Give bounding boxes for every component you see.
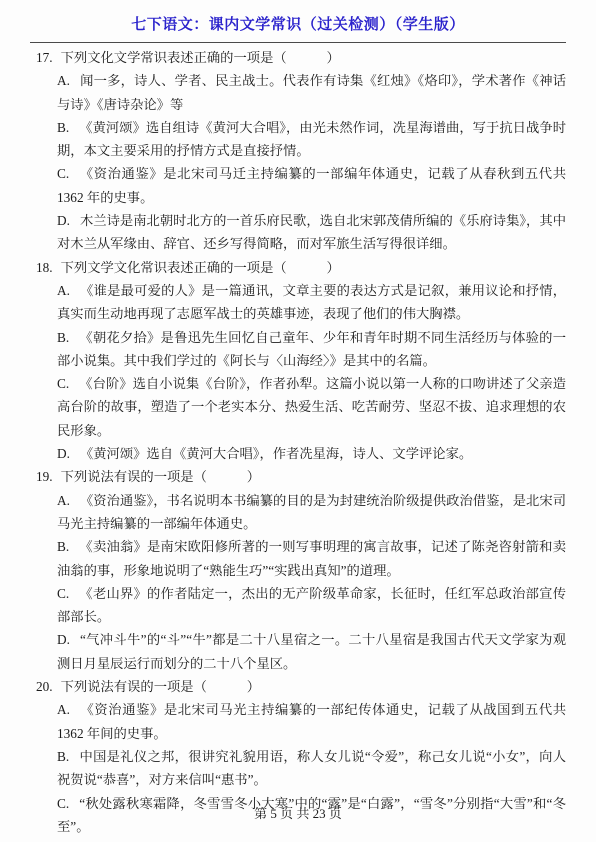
option-18-d: D.《黄河颂》选自《黄河大合唱》，作者冼星海，诗人、文学评论家。 xyxy=(57,442,566,465)
option-label: C. xyxy=(57,166,69,181)
option-17-c: C.《资治通鉴》是北宋司马迁主持编纂的一部编年体通史，记载了从春秋到五代共 13… xyxy=(57,162,566,209)
option-text: 闻一多，诗人、学者、民主战士。代表作有诗集《红烛》《烙印》，学术著作《神话与诗》… xyxy=(57,73,566,111)
option-19-c: C.《老山界》的作者陆定一，杰出的无产阶级革命家，长征时，任红军总政治部宣传部部… xyxy=(57,582,566,629)
page-title: 七下语文：课内文学常识（过关检测）（学生版） xyxy=(0,0,596,34)
option-text: 《朝花夕拾》是鲁迅先生回忆自己童年、少年和青年时期不同生活经历与体验的一部小说集… xyxy=(57,330,566,368)
question-stem-text: 下列文化文学常识表述正确的一项是（ ） xyxy=(61,50,340,65)
option-label: B. xyxy=(57,539,69,554)
document-page: 七下语文：课内文学常识（过关检测）（学生版） 17.下列文化文学常识表述正确的一… xyxy=(0,0,596,842)
question-stem: 17.下列文化文学常识表述正确的一项是（ ） xyxy=(36,46,566,69)
option-19-b: B.《卖油翁》是南宋欧阳修所著的一则写事明理的寓言故事，记述了陈尧咨射箭和卖油翁… xyxy=(57,535,566,582)
option-17-b: B.《黄河颂》选自组诗《黄河大合唱》，由光未然作词，冼星海谱曲，写于抗日战争时期… xyxy=(57,116,566,163)
option-text: 《老山界》的作者陆定一，杰出的无产阶级革命家，长征时，任红军总政治部宣传部部长。 xyxy=(57,586,566,624)
option-label: D. xyxy=(57,213,70,228)
option-label: D. xyxy=(57,632,70,647)
question-number: 18. xyxy=(36,260,53,275)
option-text: 《资治通鉴》是北宋司马迁主持编纂的一部编年体通史，记载了从春秋到五代共 1362… xyxy=(57,166,566,204)
option-label: A. xyxy=(57,702,70,717)
option-label: A. xyxy=(57,493,70,508)
page-number-footer: 第 5 页 共 23 页 xyxy=(0,803,596,822)
option-17-a: A.闻一多，诗人、学者、民主战士。代表作有诗集《红烛》《烙印》，学术著作《神话与… xyxy=(57,69,566,116)
option-text: 《谁是最可爱的人》是一篇通讯，文章主要的表达方式是记叙，兼用议论和抒情，真实而生… xyxy=(57,283,566,321)
option-18-a: A.《谁是最可爱的人》是一篇通讯，文章主要的表达方式是记叙，兼用议论和抒情，真实… xyxy=(57,279,566,326)
question-stem: 19.下列说法有误的一项是（ ） xyxy=(36,465,566,488)
header-divider xyxy=(30,42,566,43)
option-text: 木兰诗是南北朝时北方的一首乐府民歌，选自北宋郭茂倩所编的《乐府诗集》，其中对木兰… xyxy=(57,213,566,251)
question-19: 19.下列说法有误的一项是（ ） A.《资治通鉴》，书名说明本书编纂的目的是为封… xyxy=(36,465,566,675)
option-text: 《资治通鉴》，书名说明本书编纂的目的是为封建统治阶级提供政治借鉴，是北宋司马光主… xyxy=(57,493,566,531)
option-17-d: D.木兰诗是南北朝时北方的一首乐府民歌，选自北宋郭茂倩所编的《乐府诗集》，其中对… xyxy=(57,209,566,256)
question-17: 17.下列文化文学常识表述正确的一项是（ ） A.闻一多，诗人、学者、民主战士。… xyxy=(36,46,566,256)
option-text: 《黄河颂》选自组诗《黄河大合唱》，由光未然作词，冼星海谱曲，写于抗日战争时期，本… xyxy=(57,120,566,158)
option-label: B. xyxy=(57,749,69,764)
option-label: B. xyxy=(57,120,69,135)
option-label: C. xyxy=(57,376,69,391)
option-19-d: D.“气冲斗牛”的“斗”“牛”都是二十八星宿之一。二十八星宿是我国古代天文学家为… xyxy=(57,628,566,675)
option-label: B. xyxy=(57,330,69,345)
option-text: “气冲斗牛”的“斗”“牛”都是二十八星宿之一。二十八星宿是我国古代天文学家为观测… xyxy=(57,632,566,670)
option-label: A. xyxy=(57,283,70,298)
question-stem-text: 下列说法有误的一项是（ ） xyxy=(61,679,260,694)
option-label: A. xyxy=(57,73,70,88)
option-label: D. xyxy=(57,446,70,461)
question-number: 20. xyxy=(36,679,53,694)
option-text: 《资治通鉴》是北宋司马光主持编纂的一部纪传体通史，记载了从战国到五代共 1362… xyxy=(57,702,566,740)
option-text: 《卖油翁》是南宋欧阳修所著的一则写事明理的寓言故事，记述了陈尧咨射箭和卖油翁的事… xyxy=(57,539,566,577)
document-body: 17.下列文化文学常识表述正确的一项是（ ） A.闻一多，诗人、学者、民主战士。… xyxy=(36,46,566,838)
question-stem-text: 下列文学文化常识表述正确的一项是（ ） xyxy=(61,260,340,275)
option-label: C. xyxy=(57,586,69,601)
option-20-a: A.《资治通鉴》是北宋司马光主持编纂的一部纪传体通史，记载了从战国到五代共 13… xyxy=(57,698,566,745)
option-19-a: A.《资治通鉴》，书名说明本书编纂的目的是为封建统治阶级提供政治借鉴，是北宋司马… xyxy=(57,489,566,536)
question-stem: 18.下列文学文化常识表述正确的一项是（ ） xyxy=(36,256,566,279)
option-18-b: B.《朝花夕拾》是鲁迅先生回忆自己童年、少年和青年时期不同生活经历与体验的一部小… xyxy=(57,326,566,373)
question-stem: 20.下列说法有误的一项是（ ） xyxy=(36,675,566,698)
question-18: 18.下列文学文化常识表述正确的一项是（ ） A.《谁是最可爱的人》是一篇通讯，… xyxy=(36,256,566,466)
question-number: 17. xyxy=(36,50,53,65)
option-20-b: B.中国是礼仪之邦，很讲究礼貌用语，称人女儿说“令爱”，称己女儿说“小女”，向人… xyxy=(57,745,566,792)
question-number: 19. xyxy=(36,469,53,484)
option-text: 《黄河颂》选自《黄河大合唱》，作者冼星海，诗人、文学评论家。 xyxy=(80,446,472,461)
question-stem-text: 下列说法有误的一项是（ ） xyxy=(61,469,260,484)
option-text: 中国是礼仪之邦，很讲究礼貌用语，称人女儿说“令爱”，称己女儿说“小女”，向人祝贺… xyxy=(57,749,566,787)
option-text: 《台阶》选自小说集《台阶》，作者孙犁。这篇小说以第一人称的口吻讲述了父亲造高台阶… xyxy=(57,376,566,438)
option-18-c: C.《台阶》选自小说集《台阶》，作者孙犁。这篇小说以第一人称的口吻讲述了父亲造高… xyxy=(57,372,566,442)
